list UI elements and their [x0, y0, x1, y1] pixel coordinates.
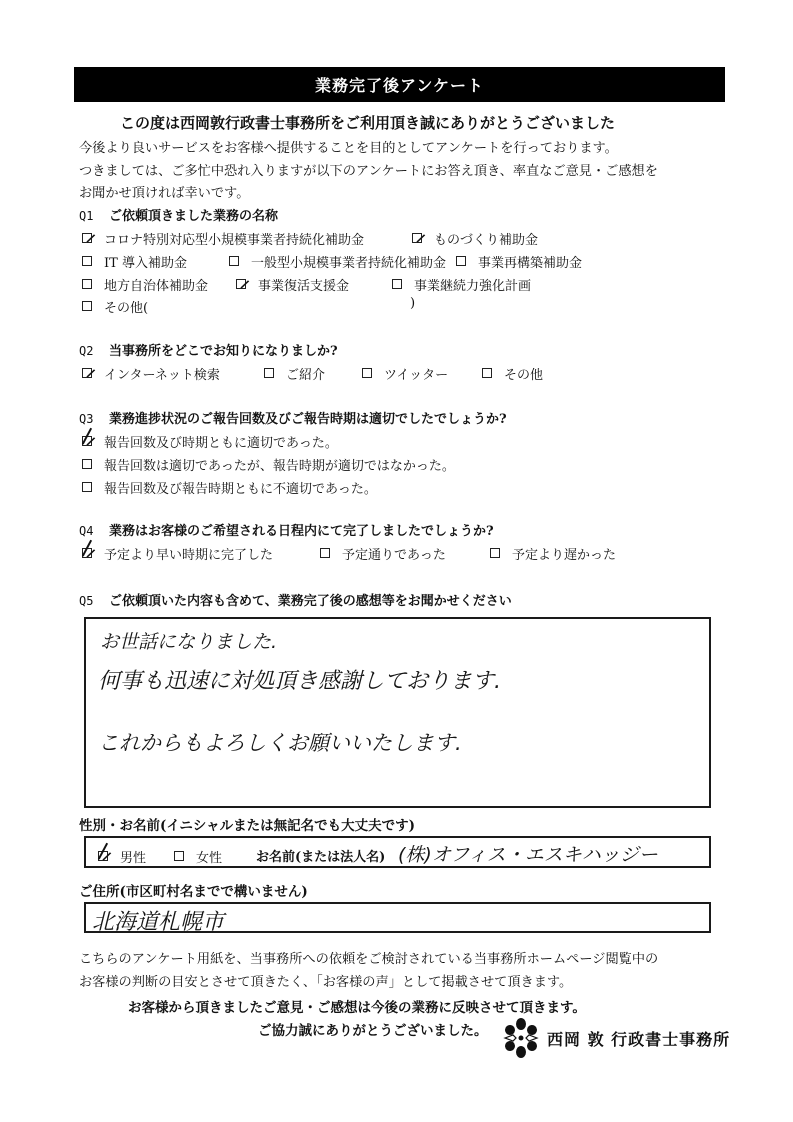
- q4-option-on-time[interactable]: 予定通りであった: [320, 544, 446, 563]
- q4-label: 業務はお客様のご希望される日程内にて完了しましたでしょうか?: [109, 524, 494, 539]
- q1-option-monozukuri[interactable]: ものづくり補助金: [412, 229, 538, 248]
- q5-label: ご依頼頂いた内容も含めて、業務完了後の感想等をお聞かせください: [109, 594, 512, 609]
- q1-option-other[interactable]: その他(: [82, 297, 148, 316]
- q4-option-late[interactable]: 予定より遅かった: [490, 544, 616, 563]
- checkbox-handchecked-icon[interactable]: [82, 548, 92, 558]
- gender-female-option[interactable]: 女性: [174, 847, 222, 866]
- checkbox-empty-icon[interactable]: [82, 459, 92, 469]
- q5-number: Q5: [79, 594, 109, 608]
- survey-title-bar: 業務完了後アンケート: [74, 67, 725, 102]
- comment-box[interactable]: お世話になりました. 何事も迅速に対処頂き感謝しております. これからもよろしく…: [84, 617, 711, 808]
- gender-male-option[interactable]: 男性: [98, 847, 146, 866]
- q4-heading: Q4業務はお客様のご希望される日程内にて完了しましたでしょうか?: [79, 520, 494, 539]
- comment-line-2: 何事も迅速に対処頂き感謝しております.: [98, 664, 501, 695]
- checkbox-empty-icon[interactable]: [82, 256, 92, 266]
- intro-line-3: お聞かせ頂ければ幸いです。: [79, 182, 249, 201]
- name-box: 男性 女性 お名前(または法人名) (株)オフィス・エスキハッジー: [84, 836, 711, 868]
- q3-option-appropriate[interactable]: 報告回数及び時期ともに適切であった。: [82, 432, 338, 451]
- checkbox-checked-icon[interactable]: [82, 233, 92, 243]
- q2-option-referral[interactable]: ご紹介: [264, 364, 325, 383]
- address-section-label: ご住所(市区町村名までで構いません): [79, 880, 308, 900]
- footer-thanks: ご協力誠にありがとうございました。: [258, 1019, 488, 1039]
- q1-option-general[interactable]: 一般型小規模事業者持続化補助金: [229, 252, 446, 271]
- q3-option-inappropriate[interactable]: 報告回数及び報告時期ともに不適切であった。: [82, 478, 377, 497]
- checkbox-empty-icon[interactable]: [490, 548, 500, 558]
- q1-label: ご依頼頂きました業務の名称: [109, 209, 278, 224]
- q1-other-close-paren: ): [410, 296, 415, 311]
- comment-line-1: お世話になりました.: [100, 627, 277, 654]
- q1-option-it[interactable]: IT 導入補助金: [82, 252, 187, 271]
- checkbox-empty-icon[interactable]: [264, 368, 274, 378]
- footer-line-1: こちらのアンケート用紙を、当事務所への依頼をご検討されている当事務所ホームページ…: [79, 948, 658, 967]
- checkbox-checked-icon[interactable]: [236, 279, 246, 289]
- checkbox-empty-icon[interactable]: [362, 368, 372, 378]
- checkbox-empty-icon[interactable]: [82, 279, 92, 289]
- q2-option-other[interactable]: その他: [482, 364, 543, 383]
- q1-option-restructure[interactable]: 事業再構築補助金: [456, 252, 582, 271]
- q5-heading: Q5ご依頼頂いた内容も含めて、業務完了後の感想等をお聞かせください: [79, 590, 512, 609]
- checkbox-checked-icon[interactable]: [82, 368, 92, 378]
- survey-title: 業務完了後アンケート: [315, 73, 484, 96]
- name-field-value[interactable]: (株)オフィス・エスキハッジー: [398, 840, 658, 867]
- q1-heading: Q1ご依頼頂きました業務の名称: [79, 205, 278, 224]
- checkbox-empty-icon[interactable]: [174, 851, 184, 861]
- footer-bold-line: お客様から頂きましたご意見・ご感想は今後の業務に反映させて頂きます。: [128, 996, 586, 1016]
- checkbox-empty-icon[interactable]: [456, 256, 466, 266]
- q1-number: Q1: [79, 209, 109, 223]
- checkbox-empty-icon[interactable]: [82, 301, 92, 311]
- intro-line-1: 今後より良いサービスをお客様へ提供することを目的としてアンケートを行っております…: [79, 137, 618, 156]
- checkbox-empty-icon[interactable]: [229, 256, 239, 266]
- name-section-label: 性別・お名前(イニシャルまたは無記名でも大丈夫です): [79, 814, 415, 834]
- checkbox-empty-icon[interactable]: [320, 548, 330, 558]
- intro-lead: この度は西岡敦行政書士事務所をご利用頂き誠にありがとうございました: [120, 112, 615, 133]
- q4-number: Q4: [79, 524, 109, 538]
- office-name: 西岡 敦 行政書士事務所: [547, 1027, 730, 1050]
- checkbox-empty-icon[interactable]: [82, 482, 92, 492]
- q4-option-early[interactable]: 予定より早い時期に完了した: [82, 544, 273, 563]
- intro-line-2: つきましては、ご多忙中恐れ入りますが以下のアンケートにお答え頂き、率直なご意見・…: [79, 160, 658, 179]
- checkbox-handchecked-icon[interactable]: [98, 851, 108, 861]
- address-value: 北海道札幌市: [92, 905, 224, 936]
- q2-number: Q2: [79, 344, 109, 358]
- checkbox-empty-icon[interactable]: [392, 279, 402, 289]
- q2-option-twitter[interactable]: ツイッター: [362, 364, 448, 383]
- checkbox-checked-icon[interactable]: [412, 233, 422, 243]
- checkbox-handchecked-icon[interactable]: [82, 436, 92, 446]
- q3-label: 業務進捗状況のご報告回数及びご報告時期は適切でしたでしょうか?: [109, 412, 507, 427]
- office-logo: 西岡 敦 行政書士事務所: [503, 1017, 730, 1059]
- q1-option-local[interactable]: 地方自治体補助金: [82, 275, 208, 294]
- flower-crest-icon: [503, 1017, 539, 1059]
- footer-line-2: お客様の判断の目安とさせて頂きたく、「お客様の声」として掲載させて頂きます。: [79, 971, 572, 990]
- q1-option-corona[interactable]: コロナ特別対応型小規模事業者持続化補助金: [82, 229, 364, 248]
- q2-heading: Q2当事務所をどこでお知りになりましか?: [79, 340, 338, 359]
- q3-heading: Q3業務進捗状況のご報告回数及びご報告時期は適切でしたでしょうか?: [79, 408, 507, 427]
- name-field-label: お名前(または法人名): [256, 846, 385, 865]
- q1-option-revival[interactable]: 事業復活支援金: [236, 275, 349, 294]
- q2-option-internet[interactable]: インターネット検索: [82, 364, 220, 383]
- comment-line-3: これからもよろしくお願いいたします.: [98, 727, 462, 757]
- q3-number: Q3: [79, 412, 109, 426]
- q2-label: 当事務所をどこでお知りになりましか?: [109, 344, 338, 359]
- checkbox-empty-icon[interactable]: [482, 368, 492, 378]
- q1-option-continuity[interactable]: 事業継続力強化計画: [392, 275, 531, 294]
- q3-option-timing-bad[interactable]: 報告回数は適切であったが、報告時期が適切ではなかった。: [82, 455, 455, 474]
- address-box[interactable]: 北海道札幌市: [84, 902, 711, 933]
